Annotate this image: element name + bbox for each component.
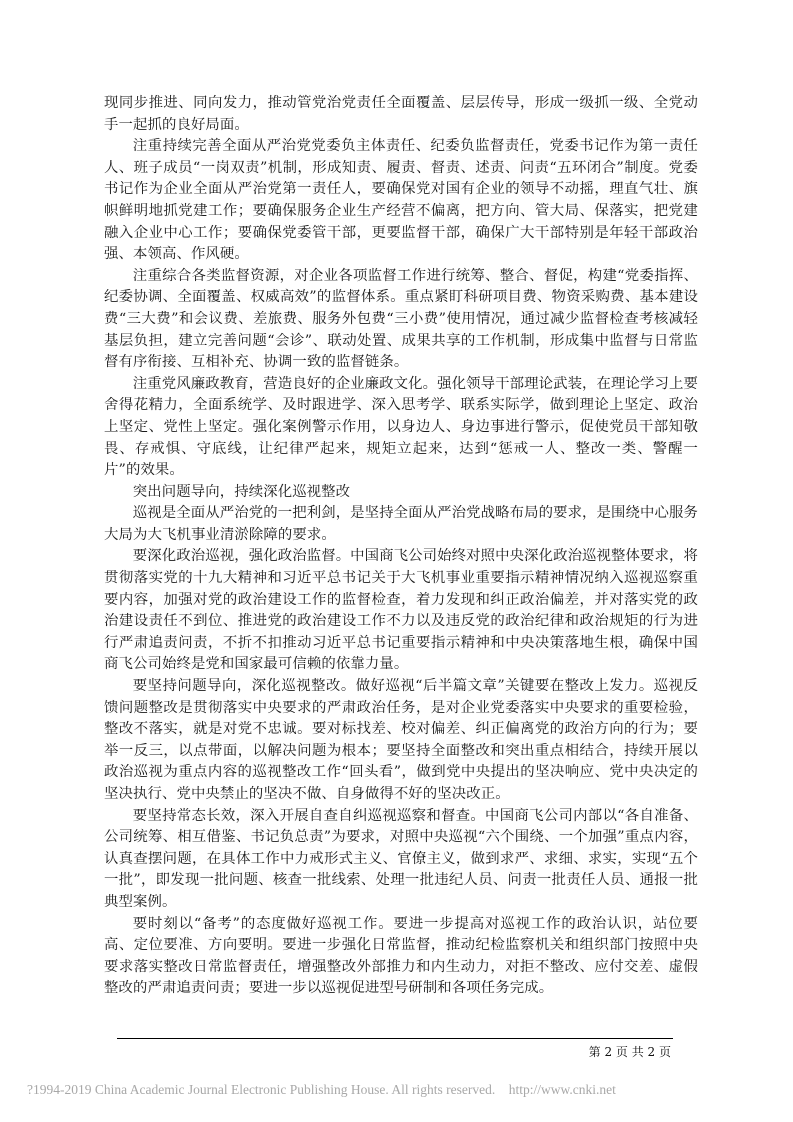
- document-body: 现同步推进、同向发力，推动管党治党责任全面覆盖、层层传导，形成一级抓一级、全党动…: [104, 93, 698, 1000]
- paragraph: 巡视是全面从严治党的一把利剑，是坚持全面从严治党战略布局的要求，是围绕中心服务大…: [104, 503, 698, 546]
- paragraph: 注重综合各类监督资源，对企业各项监督工作进行统筹、整合、督促，构建“党委指挥、纪…: [104, 266, 698, 374]
- footer-divider: [117, 1038, 673, 1039]
- paragraph: 要深化政治巡视，强化政治监督。中国商飞公司始终对照中央深化政治巡视整体要求，将贯…: [104, 546, 698, 676]
- paragraph: 注重党风廉政教育，营造良好的企业廉政文化。强化领导干部理论武装，在理论学习上要舍…: [104, 374, 698, 482]
- paragraph: 要时刻以“备考”的态度做好巡视工作。要进一步提高对巡视工作的政治认识，站位要高、…: [104, 914, 698, 1000]
- page-number: 第 2 页 共 2 页: [589, 1043, 671, 1060]
- copyright-footer: ?1994-2019 China Academic Journal Electr…: [27, 1082, 616, 1098]
- paragraph: 要坚持问题导向，深化巡视整改。做好巡视“后半篇文章”关键要在整改上发力。巡视反馈…: [104, 676, 698, 806]
- paragraph: 注重持续完善全面从严治党党委负主体责任、纪委负监督责任，党委书记作为第一责任人、…: [104, 136, 698, 266]
- paragraph: 要坚持常态长效，深入开展自查自纠巡视巡察和督查。中国商飞公司内部以“各自准备、公…: [104, 806, 698, 914]
- section-heading: 突出问题导向，持续深化巡视整改: [104, 482, 698, 504]
- paragraph-continuation: 现同步推进、同向发力，推动管党治党责任全面覆盖、层层传导，形成一级抓一级、全党动…: [104, 93, 698, 136]
